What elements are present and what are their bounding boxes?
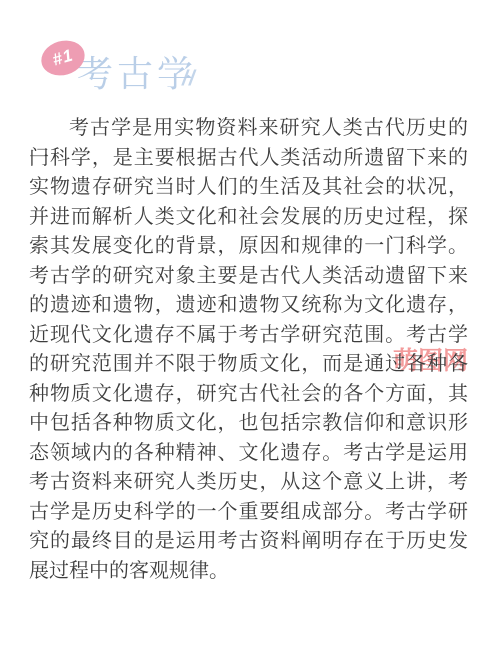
text-line: 种物质文化遗存，研究古代社会的各个方面，其	[29, 380, 468, 410]
note-page: #1 考古学 // 萌图网 考古学是用实物资料来研究人类古代历史的一门科学，是主…	[0, 0, 500, 667]
text-line: 的研究范围并不限于物质文化，而是通过各种各	[29, 350, 468, 380]
text-line: 索其发展变化的背景，原因和规律的一门科学。	[29, 232, 468, 262]
text-line: 展过程中的客观规律。	[29, 557, 468, 587]
article-text: 考古学是用实物资料来研究人类古代历史的一门科学，是主要根据古代人类活动所遗留下来…	[29, 114, 468, 586]
text-line: 并进而解析人类文化和社会发展的历史过程，探	[29, 203, 468, 233]
page-title: 考古学	[77, 46, 197, 97]
text-line: 的遗迹和遗物，遗迹和遗物又统称为文化遗存，	[29, 291, 468, 321]
text-line: 态领域内的各种精神、文化遗存。考古学是运用	[29, 439, 468, 469]
text-line: 门科学，是主要根据古代人类活动所遗留下来的	[29, 144, 468, 174]
text-line: 古学是历史科学的一个重要组成部分。考古学研	[29, 498, 468, 528]
badge-label: #1	[50, 46, 76, 71]
text-line: 实物遗存研究当时人们的生活及其社会的状况，	[29, 173, 468, 203]
header: #1 考古学 //	[0, 0, 500, 110]
text-line: 近现代文化遗存不属于考古学研究范围。考古学	[29, 321, 468, 351]
text-line: 考古学的研究对象主要是古代人类活动遗留下来	[29, 262, 468, 292]
text-line: 考古学是用实物资料来研究人类古代历史的一	[29, 114, 468, 144]
text-line: 中包括各种物质文化，也包括宗教信仰和意识形	[29, 409, 468, 439]
text-line: 考古资料来研究人类历史，从这个意义上讲，考	[29, 468, 468, 498]
text-line: 究的最终目的是运用考古资料阐明存在于历史发	[29, 527, 468, 557]
